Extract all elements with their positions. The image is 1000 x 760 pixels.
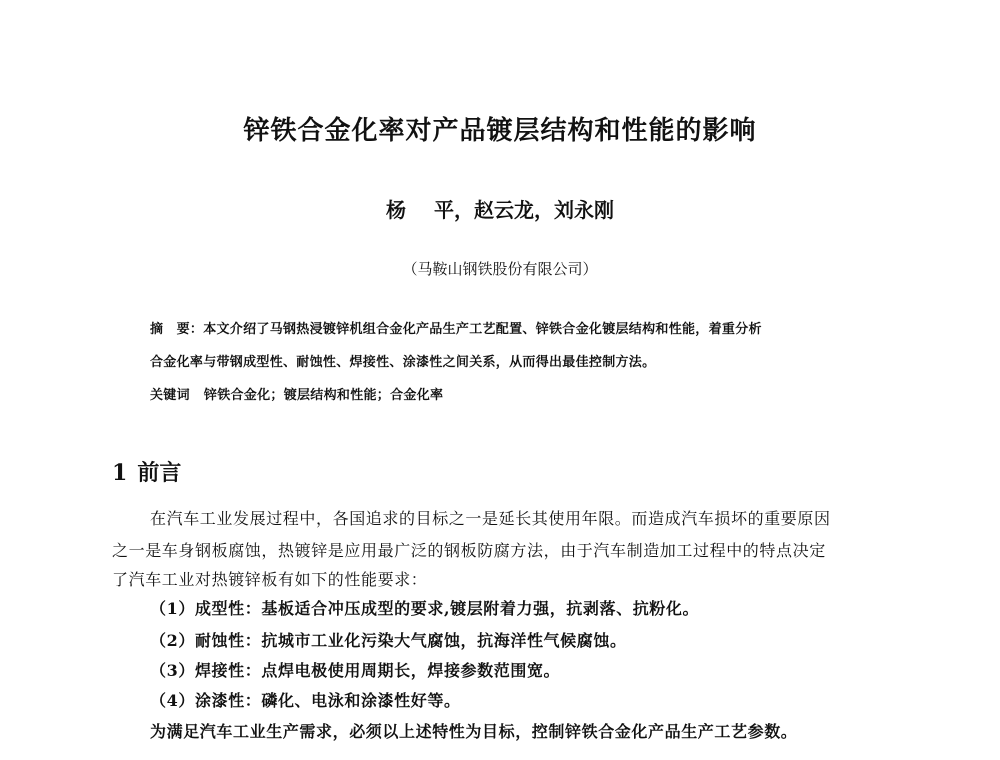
author-1-given: 平，	[434, 198, 474, 222]
paper-title: 锌铁合金化率对产品镀层结构和性能的影响	[0, 114, 1000, 148]
keywords-value: 锌铁合金化；镀层结构和性能；合金化率	[204, 388, 443, 403]
requirement-item: （3）焊接性：点焊电极使用周期长，焊接参数范围宽。	[150, 660, 560, 682]
keywords-label: 关键词	[150, 388, 190, 403]
section-number: 1	[112, 460, 127, 486]
abstract-line-2: 合金化率与带钢成型性、耐蚀性、焊接性、涂漆性之间关系，从而得出最佳控制方法。	[150, 353, 655, 373]
abstract-label: 摘 要：	[150, 322, 203, 337]
item-marker: （2）	[150, 631, 195, 650]
affiliation: （马鞍山钢铁股份有限公司）	[0, 257, 1000, 281]
item-text: 成型性：基板适合冲压成型的要求,镀层附着力强，抗剥落、抗粉化。	[195, 599, 699, 618]
requirement-item: （4）涂漆性：磷化、电泳和涂漆性好等。	[150, 690, 461, 712]
keywords-line: 关键词锌铁合金化；镀层结构和性能；合金化率	[150, 386, 443, 406]
requirement-item: （2）耐蚀性：抗城市工业化污染大气腐蚀，抗海洋性气候腐蚀。	[150, 630, 627, 652]
abstract-line-1: 摘 要：本文介绍了马钢热浸镀锌机组合金化产品生产工艺配置、锌铁合金化镀层结构和性…	[150, 320, 762, 340]
paragraph-1-line-1: 在汽车工业发展过程中，各国追求的目标之一是延长其使用年限。而造成汽车损坏的重要原…	[150, 508, 831, 530]
item-marker: （4）	[150, 691, 195, 710]
item-text: 耐蚀性：抗城市工业化污染大气腐蚀，抗海洋性气候腐蚀。	[195, 631, 627, 650]
requirement-item: （1）成型性：基板适合冲压成型的要求,镀层附着力强，抗剥落、抗粉化。	[150, 598, 699, 620]
paragraph-1-line-2: 之一是车身钢板腐蚀，热镀锌是应用最广泛的钢板防腐方法，由于汽车制造加工过程中的特…	[112, 540, 826, 562]
author-list: 杨平，赵云龙，刘永刚	[0, 196, 1000, 224]
item-marker: （3）	[150, 661, 195, 680]
paragraph-1-line-3: 了汽车工业对热镀锌板有如下的性能要求：	[112, 569, 427, 591]
item-text: 涂漆性：磷化、电泳和涂漆性好等。	[195, 691, 461, 710]
item-text: 焊接性：点焊电极使用周期长，焊接参数范围宽。	[195, 661, 560, 680]
paragraph-2: 为满足汽车工业生产需求，必须以上述特性为目标，控制锌铁合金化产品生产工艺参数。	[150, 721, 797, 743]
author-1-surname: 杨	[386, 198, 406, 222]
author-3: 刘永刚	[554, 198, 614, 222]
section-title: 前言	[137, 460, 181, 486]
section-heading-intro: 1前言	[112, 458, 181, 488]
author-2: 赵云龙，	[474, 198, 554, 222]
item-marker: （1）	[150, 599, 195, 618]
abstract-text-1: 本文介绍了马钢热浸镀锌机组合金化产品生产工艺配置、锌铁合金化镀层结构和性能，着重…	[203, 322, 762, 337]
